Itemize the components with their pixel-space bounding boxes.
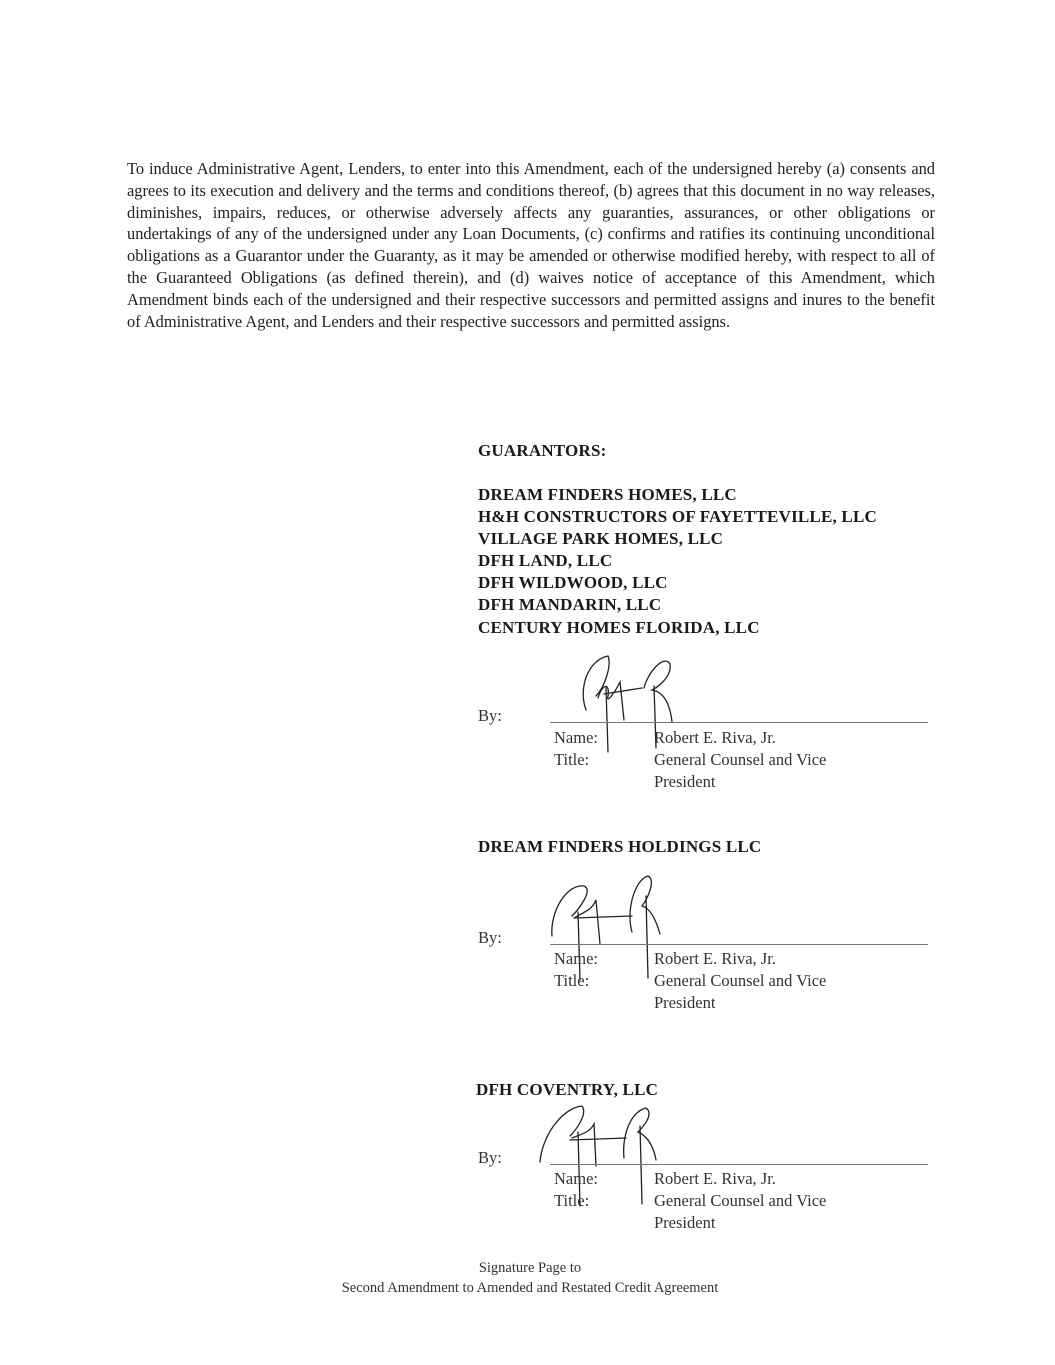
signer-name: Robert E. Riva, Jr. [654,728,776,748]
guarantor-entity: DFH MANDARIN, LLC [478,594,877,616]
page-footer: Signature Page to Second Amendment to Am… [0,1258,1055,1298]
guarantors-heading: GUARANTORS: [478,441,606,461]
signature-block-holdings: By: Name: Robert E. Riva, Jr. Title: Gen… [478,868,938,1008]
signature-block-guarantors: By: Name: Robert E. Riva, Jr. Title: Gen… [478,648,938,788]
by-label: By: [478,928,502,948]
signature-line [550,722,928,723]
signer-title-cont: President [654,1213,715,1233]
consent-paragraph: To induce Administrative Agent, Lenders,… [127,158,935,332]
signature-line [550,944,928,945]
signer-title-cont: President [654,993,715,1013]
guarantor-entity: H&H CONSTRUCTORS OF FAYETTEVILLE, LLC [478,506,877,528]
entity-heading: DREAM FINDERS HOLDINGS LLC [478,837,761,857]
by-label: By: [478,706,502,726]
guarantor-entity-list: DREAM FINDERS HOMES, LLC H&H CONSTRUCTOR… [478,484,877,639]
signer-title: General Counsel and Vice [654,750,826,770]
signer-name: Robert E. Riva, Jr. [654,949,776,969]
title-label: Title: [554,1191,589,1211]
guarantor-entity: DFH LAND, LLC [478,550,877,572]
signature-block-coventry: By: Name: Robert E. Riva, Jr. Title: Gen… [478,1096,938,1236]
guarantor-entity: DFH WILDWOOD, LLC [478,572,877,594]
footer-line-2: Second Amendment to Amended and Restated… [0,1278,1055,1298]
name-label: Name: [554,728,598,748]
signature-line [550,1164,928,1165]
guarantor-entity: VILLAGE PARK HOMES, LLC [478,528,877,550]
guarantor-entity: DREAM FINDERS HOMES, LLC [478,484,877,506]
title-label: Title: [554,971,589,991]
signer-title: General Counsel and Vice [654,971,826,991]
title-label: Title: [554,750,589,770]
signer-name: Robert E. Riva, Jr. [654,1169,776,1189]
footer-line-1: Signature Page to [0,1258,1055,1278]
by-label: By: [478,1148,502,1168]
name-label: Name: [554,949,598,969]
name-label: Name: [554,1169,598,1189]
signer-title-cont: President [654,772,715,792]
guarantor-entity: CENTURY HOMES FLORIDA, LLC [478,617,877,639]
signer-title: General Counsel and Vice [654,1191,826,1211]
